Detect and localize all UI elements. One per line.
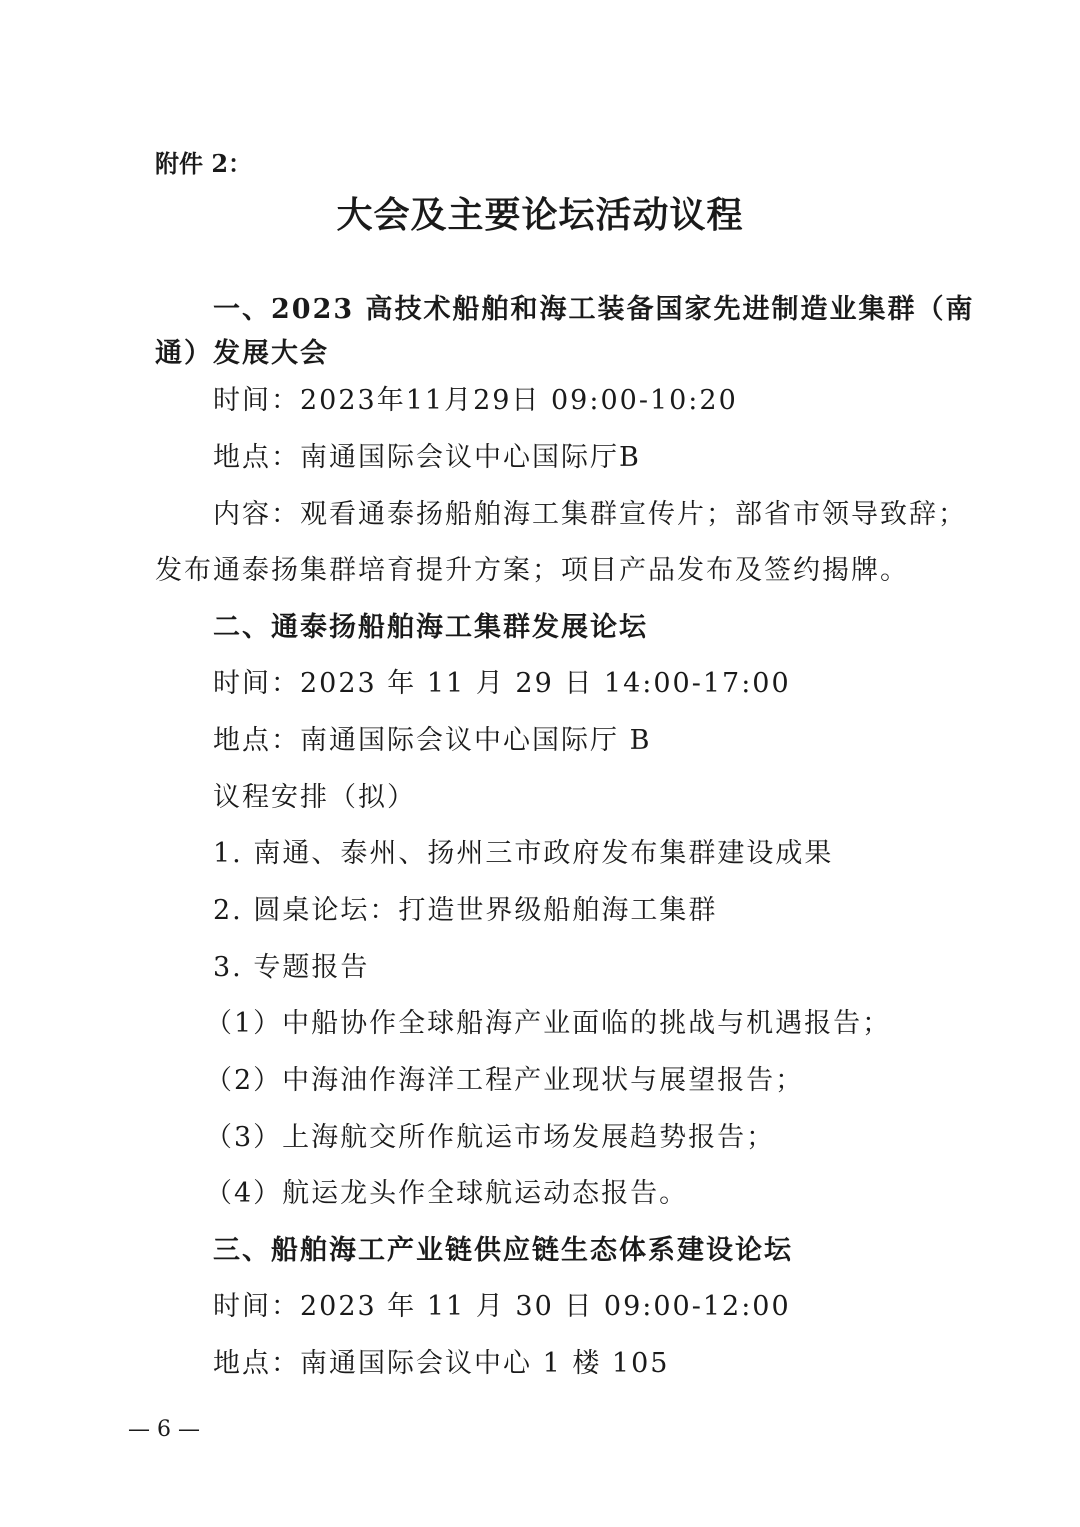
report-item: （4）航运龙头作全球航运动态报告。 (205, 1176, 688, 1212)
agenda-item: 2. 圆桌论坛：打造世界级船舶海工集群 (213, 893, 717, 929)
section-1-time: 时间：2023年11月29日 09:00-10:20 (213, 383, 738, 419)
section-3-heading: 三、船舶海工产业链供应链生态体系建设论坛 (213, 1233, 793, 1269)
section-1-heading: 一、2023 高技术船舶和海工装备国家先进制造业集群（南 (213, 292, 975, 328)
section-2-location: 地点：南通国际会议中心国际厅 B (213, 723, 651, 759)
section-2-heading: 二、通泰扬船舶海工集群发展论坛 (213, 610, 648, 646)
report-item: （1）中船协作全球船海产业面临的挑战与机遇报告； (205, 1006, 891, 1042)
page-title: 大会及主要论坛活动议程 (0, 193, 1080, 237)
section-1-heading-cont: 通）发展大会 (155, 336, 329, 372)
section-1-content-cont: 发布通泰扬集群培育提升方案；项目产品发布及签约揭牌。 (155, 553, 909, 589)
annex-label: 附件 2： (155, 146, 252, 182)
report-item: （2）中海油作海洋工程产业现状与展望报告； (205, 1063, 804, 1099)
section-3-time: 时间：2023 年 11 月 30 日 09:00-12:00 (213, 1289, 791, 1325)
agenda-item: 3. 专题报告 (213, 950, 369, 986)
section-1-content: 内容：观看通泰扬船舶海工集群宣传片；部省市领导致辞； (213, 497, 967, 533)
section-3-location: 地点：南通国际会议中心 1 楼 105 (213, 1346, 669, 1382)
agenda-item: 1. 南通、泰州、扬州三市政府发布集群建设成果 (213, 836, 833, 872)
section-2-agenda-label: 议程安排（拟） (213, 780, 416, 816)
section-2-time: 时间：2023 年 11 月 29 日 14:00-17:00 (213, 666, 791, 702)
section-1-location: 地点：南通国际会议中心国际厅B (213, 440, 641, 476)
page-number: — 6 — (128, 1412, 200, 1448)
report-item: （3）上海航交所作航运市场发展趋势报告； (205, 1120, 775, 1156)
